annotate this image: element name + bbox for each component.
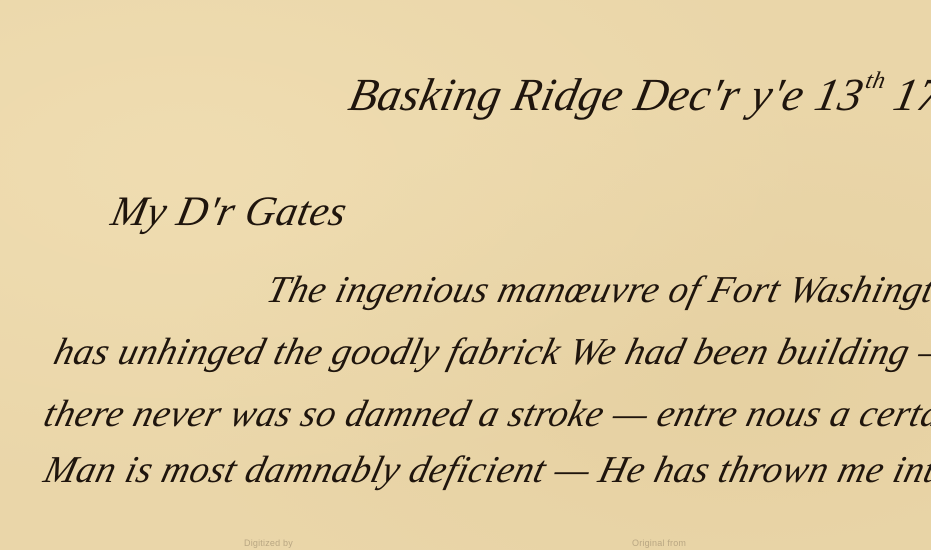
original-from-watermark: Original from bbox=[632, 538, 686, 548]
body-line: Man is most damnably deficient — He has … bbox=[40, 448, 931, 492]
letter-salutation: My D'r Gates bbox=[107, 188, 351, 236]
dateline-ordinal: th bbox=[863, 68, 888, 94]
dateline-date: Dec'r y'e 13 bbox=[630, 69, 868, 120]
manuscript-page: Basking Ridge Dec'r y'e 13th 1776 My D'r… bbox=[0, 0, 931, 550]
dateline-year: 1776 bbox=[889, 69, 931, 120]
body-line: The ingenious manœuvre of Fort Washingto… bbox=[263, 268, 931, 312]
dateline-place: Basking Ridge bbox=[345, 69, 629, 120]
letter-dateline: Basking Ridge Dec'r y'e 13th 1776 bbox=[344, 68, 931, 121]
body-line: has unhinged the goodly fabrick We had b… bbox=[50, 330, 931, 374]
digitized-by-watermark: Digitized by bbox=[244, 538, 293, 548]
body-line: there never was so damned a stroke — ent… bbox=[40, 392, 931, 436]
